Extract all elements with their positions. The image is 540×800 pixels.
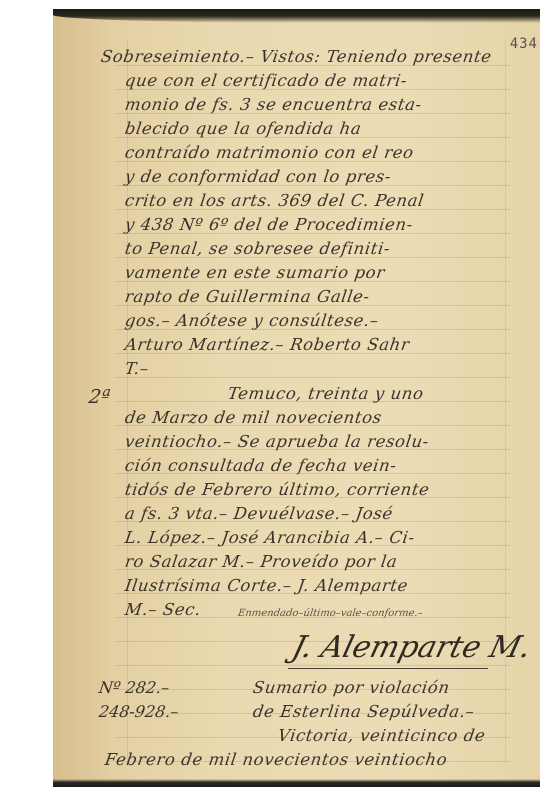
ledger-page: 434 Sobreseimiento.– Vistos: Teniendo pr…: [53, 9, 540, 787]
entry-2-line: veintiocho.– Se aprueba la resolu-: [124, 432, 431, 451]
entry-2-line: a fs. 3 vta.– Devuélvase.– José: [124, 504, 395, 523]
entry-3-reference: 248-928.–: [98, 702, 180, 721]
entry-1-line: vamente en este sumario por: [124, 263, 387, 282]
entry-1-line: T.–: [124, 359, 151, 378]
entry-1-line: gos.– Anótese y consúltese.–: [124, 311, 380, 330]
entry-2-line: M.– Sec.: [124, 600, 203, 619]
binding-shadow-top: [53, 9, 540, 23]
entry-1-line: Sobreseimiento.– Vistos: Teniendo presen…: [100, 47, 493, 66]
signature-underline: [288, 668, 488, 669]
entry-1-line: contraído matrimonio con el reo: [124, 143, 415, 162]
entry-2-line: Temuco, treinta y uno: [227, 384, 425, 403]
entry-2-annotation: Enmendado–último–vale–conforme.–: [237, 608, 423, 619]
entry-2-line: Ilustrísima Corte.– J. Alemparte: [124, 576, 410, 595]
folio-number: 434: [510, 36, 538, 52]
signature: J. Alemparte M.: [289, 630, 535, 665]
entry-2-line: tidós de Febrero último, corriente: [124, 480, 431, 499]
entry-3-line: Sumario por violación: [252, 678, 451, 697]
entry-1-line: que con el certificado de matri-: [124, 71, 409, 90]
entry-1-line: to Penal, se sobresee definiti-: [124, 239, 392, 258]
entry-2-line: ro Salazar M.– Proveído por la: [124, 552, 399, 571]
entry-1-line: blecido que la ofendida ha: [124, 119, 363, 138]
binding-shadow-bottom: [53, 779, 540, 787]
entry-3-number: Nº 282.–: [98, 678, 171, 697]
entry-3-line: Victoria, veinticinco de: [277, 726, 487, 745]
entry-2-margin-label: 2ª: [87, 386, 111, 408]
entry-1-line: Arturo Martínez.– Roberto Sahr: [124, 335, 411, 354]
entry-2-line: L. López.– José Arancibia A.– Ci-: [124, 528, 416, 547]
entry-1-line: y 438 Nº 6º del de Procedimien-: [124, 215, 415, 234]
entry-1-line: y de conformidad con lo pres-: [124, 167, 393, 186]
entry-1-line: crito en los arts. 369 del C. Penal: [124, 191, 426, 210]
entry-1-line: monio de fs. 3 se encuentra esta-: [124, 95, 424, 114]
entry-3-line: Febrero de mil novecientos veintiocho: [104, 750, 449, 769]
entry-2-line: ción consultada de fecha vein-: [124, 456, 398, 475]
entry-3-line: de Esterlina Sepúlveda.–: [252, 702, 476, 721]
entry-2-line: de Marzo de mil novecientos: [124, 408, 384, 427]
entry-1-line: rapto de Guillermina Galle-: [124, 287, 371, 306]
